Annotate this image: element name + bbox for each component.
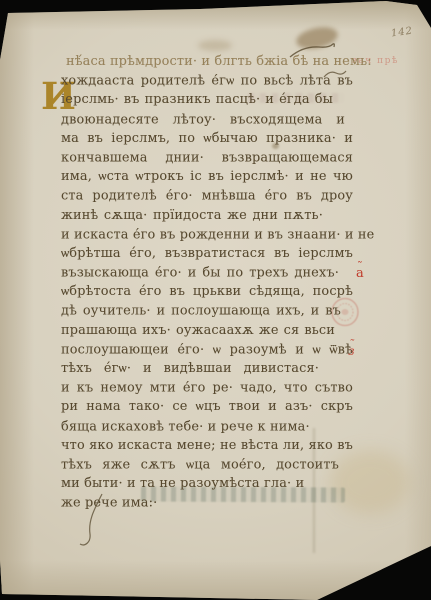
- chapter-letter: а: [356, 270, 364, 277]
- manuscript-line: же рече има:·: [61, 494, 353, 513]
- manuscript-line: двоюнадесяте лѣтоу· въсходящема и: [61, 110, 345, 129]
- manuscript-line: хождааста родителѣ е́гѡ по вьсѣ лѣта въ: [61, 71, 353, 90]
- manuscript-line: ма въ іерслмъ, по ѡбычаю празника· и: [61, 129, 353, 148]
- photo-background: 142 зач прѣ ˜ а ˜ з И нѣ́аса прѣмдрости·…: [0, 0, 431, 600]
- manuscript-line: послоушающеи е́го· ѡ разоумѣ и ѡ ѿвѣ: [61, 340, 353, 359]
- manuscript-line: нѣ́аса прѣмдрости· и блгть бжіа бѣ на не…: [61, 52, 353, 71]
- bottom-edge-shadow: [0, 560, 431, 600]
- chapter-mark-alpha: ˜ а: [356, 264, 364, 277]
- gutter-shadow: [0, 0, 34, 600]
- manuscript-line: ри нама тако· се ѡцъ твои и азъ· скръ: [61, 397, 353, 416]
- manuscript-line: ми быти· и та не разоумѣста гла· и: [61, 474, 301, 493]
- manuscript-line: ѡбрѣтша е́го, възвратистася въ іерслмъ: [61, 244, 353, 263]
- top-edge-shadow: [0, 0, 431, 30]
- manuscript-line: кончавшема днии· възвращающемася: [61, 148, 353, 167]
- manuscript-line: ста родителѣ е́го· мнѣвша е́го въ дроу: [61, 187, 353, 206]
- manuscript-line: има, ѡста ѡтрокъ іс въ іерслмѣ· и не чю: [61, 167, 353, 186]
- screenshot-root: { "folio_number": "142", "initial_letter…: [0, 0, 431, 600]
- folio-number: 142: [390, 26, 413, 40]
- manuscript-line: бяща искаховѣ тебе· и рече к нима·: [61, 417, 305, 436]
- manuscript-line: тѣхъ яже сѫтъ ѡца мое́го, достоитъ: [61, 455, 339, 474]
- text-block: нѣ́аса прѣмдрости· и блгть бжіа бѣ на не…: [61, 52, 353, 513]
- right-edge-shadow: [405, 0, 431, 600]
- manuscript-line: дѣ оучитель· и послоушающа ихъ, и въ: [61, 302, 341, 321]
- manuscript-line: възыскающа е́го· и бы по трехъ днехъ·: [61, 263, 339, 282]
- manuscript-line: прашающа ихъ· оужасаахѫ же ся вьси: [61, 321, 335, 340]
- manuscript-page: 142 зач прѣ ˜ а ˜ з И нѣ́аса прѣмдрости·…: [0, 0, 431, 600]
- manuscript-line: тѣхъ е́гѡ· и видѣвшаи дивистася·: [61, 359, 319, 378]
- manuscript-line: и къ немоу мти е́го ре· чадо, что сътво: [61, 378, 353, 397]
- manuscript-line: ѡбрѣтоста е́го въ црькви сѣдяща, посрѣ: [61, 282, 353, 301]
- manuscript-line: что яко искаста мене; не вѣста ли, яко в…: [61, 436, 353, 455]
- parchment-stain: [198, 40, 232, 51]
- manuscript-line: жинѣ сѫща· прїидоста же дни пѫть·: [61, 206, 323, 225]
- manuscript-line: и искаста е́го въ рожденни и въ знаани· …: [61, 225, 353, 244]
- manuscript-line: іерслмь· въ празникъ пасцѣ· и е́гда бы: [61, 90, 333, 109]
